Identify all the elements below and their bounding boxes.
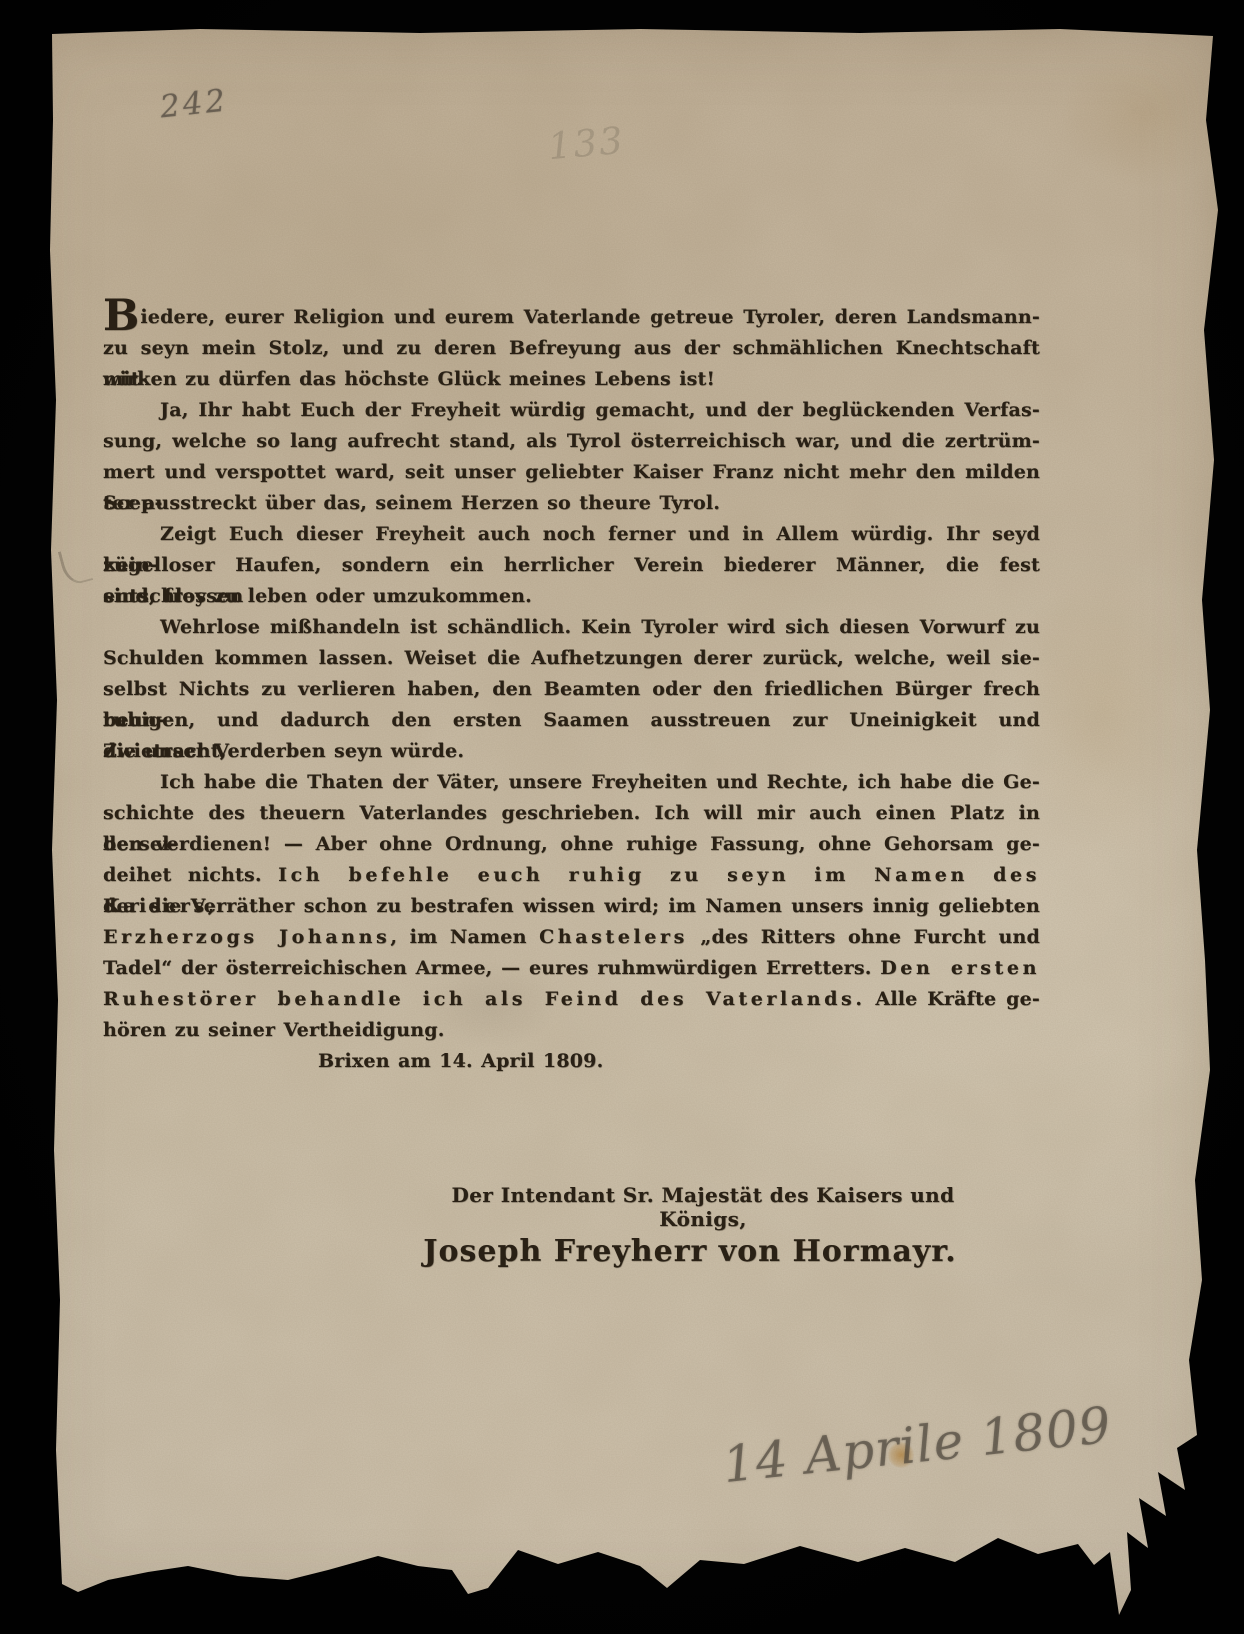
pencil-date-note: 14 Aprile 1809 <box>720 1396 1114 1494</box>
text-run: Alle Kräfte ge- <box>866 988 1040 1010</box>
text-run: , im Namen <box>390 926 539 948</box>
text-line: Erzherzogs Johanns, im Namen Chastelers … <box>103 922 1040 953</box>
text-line: Wehrlose mißhandeln ist schändlich. Kein… <box>103 612 1040 643</box>
text-run: die unser Verderben seyn würde. <box>103 740 464 762</box>
text-line: der die Verräther schon zu bestrafen wis… <box>103 891 1040 922</box>
text-line: deihet nichts. Ich befehle euch ruhig zu… <box>103 860 1040 891</box>
text-line: hören zu seiner Vertheidigung. <box>103 1015 1040 1046</box>
text-line: Ich habe die Thaten der Väter, unsere Fr… <box>103 767 1040 798</box>
text-run: Ich habe die Thaten der Väter, unsere Fr… <box>160 771 1040 793</box>
text-line: Tadel“ der österreichischen Armee, — eur… <box>103 953 1040 984</box>
text-run: deihet nichts. <box>103 864 278 886</box>
text-run: Den ersten <box>880 957 1040 979</box>
text-line: sung, welche so lang aufrecht stand, als… <box>103 426 1040 457</box>
text-line: wirken zu dürfen das höchste Glück meine… <box>103 364 1040 395</box>
text-line: schichte des theuern Vaterlandes geschri… <box>103 798 1040 829</box>
text-line: Zeigt Euch dieser Freyheit auch noch fer… <box>103 519 1040 550</box>
text-run: sind, frey zu leben oder umzukommen. <box>103 585 532 607</box>
text-line: mert und verspottet ward, seit unser gel… <box>103 457 1040 488</box>
pencil-mark <box>58 545 93 587</box>
text-run: Wehrlose mißhandeln ist schändlich. Kein… <box>160 616 1040 638</box>
text-run: hören zu seiner Vertheidigung. <box>103 1019 445 1041</box>
text-run: Chastelers <box>539 926 688 948</box>
text-run: „des Ritters ohne Furcht und <box>688 926 1040 948</box>
text-line: Biedere, eurer Religion und eurem Vaterl… <box>103 302 1040 333</box>
text-run: Brixen am 14. April 1809. <box>318 1050 603 1072</box>
text-run: wirken zu dürfen das höchste Glück meine… <box>103 368 715 390</box>
document-text: Biedere, eurer Religion und eurem Vaterl… <box>103 302 1040 1077</box>
text-run: Schulden kommen lassen. Weiset die Aufhe… <box>103 647 1040 669</box>
text-line: zügelloser Haufen, sondern ein herrliche… <box>103 550 1040 581</box>
pencil-faint-number: 133 <box>546 119 626 169</box>
text-run: ben verdienen! — Aber ohne Ordnung, ohne… <box>103 833 1040 855</box>
text-line: ter ausstreckt über das, seinem Herzen s… <box>103 488 1040 519</box>
text-line: selbst Nichts zu verlieren haben, den Be… <box>103 674 1040 705</box>
text-line: Brixen am 14. April 1809. <box>103 1046 1040 1077</box>
text-line: ruhigen, und dadurch den ersten Saamen a… <box>103 705 1040 736</box>
text-line: zu seyn mein Stolz, und zu deren Befreyu… <box>103 333 1040 364</box>
text-line: sind, frey zu leben oder umzukommen. <box>103 581 1040 612</box>
text-run: der die Verräther schon zu bestrafen wis… <box>103 895 1040 917</box>
text-line: Ja, Ihr habt Euch der Freyheit würdig ge… <box>103 395 1040 426</box>
stain-spot <box>888 1442 914 1468</box>
text-line: ben verdienen! — Aber ohne Ordnung, ohne… <box>103 829 1040 860</box>
paper-sheet: 242 133 Biedere, eurer Religion und eure… <box>0 0 1244 1634</box>
text-run: sung, welche so lang aufrecht stand, als… <box>103 430 1040 452</box>
text-line: Schulden kommen lassen. Weiset die Aufhe… <box>103 643 1040 674</box>
stain <box>1060 40 1230 190</box>
text-run: iedere, eurer Religion und eurem Vaterla… <box>140 306 1040 328</box>
signature-name-line: Joseph Freyherr von Hormayr. <box>380 1234 1000 1269</box>
text-line: die unser Verderben seyn würde. <box>103 736 1040 767</box>
text-run: Ja, Ihr habt Euch der Freyheit würdig ge… <box>160 399 1040 421</box>
text-line: Ruhestörer behandle ich als Feind des Va… <box>103 984 1040 1015</box>
text-run: Tadel“ der österreichischen Armee, — eur… <box>103 957 880 979</box>
text-run: Ruhestörer behandle ich als Feind des Va… <box>103 988 866 1010</box>
pencil-archive-number: 242 <box>158 83 230 126</box>
photo-background: 242 133 Biedere, eurer Religion und eure… <box>0 0 1244 1634</box>
signature-role-line: Der Intendant Sr. Majestät des Kaisers u… <box>380 1183 1000 1231</box>
signature-block: Der Intendant Sr. Majestät des Kaisers u… <box>380 1183 1000 1269</box>
text-run: Erzherzogs Johanns <box>103 926 390 948</box>
text-run: ter ausstreckt über das, seinem Herzen s… <box>103 492 720 514</box>
